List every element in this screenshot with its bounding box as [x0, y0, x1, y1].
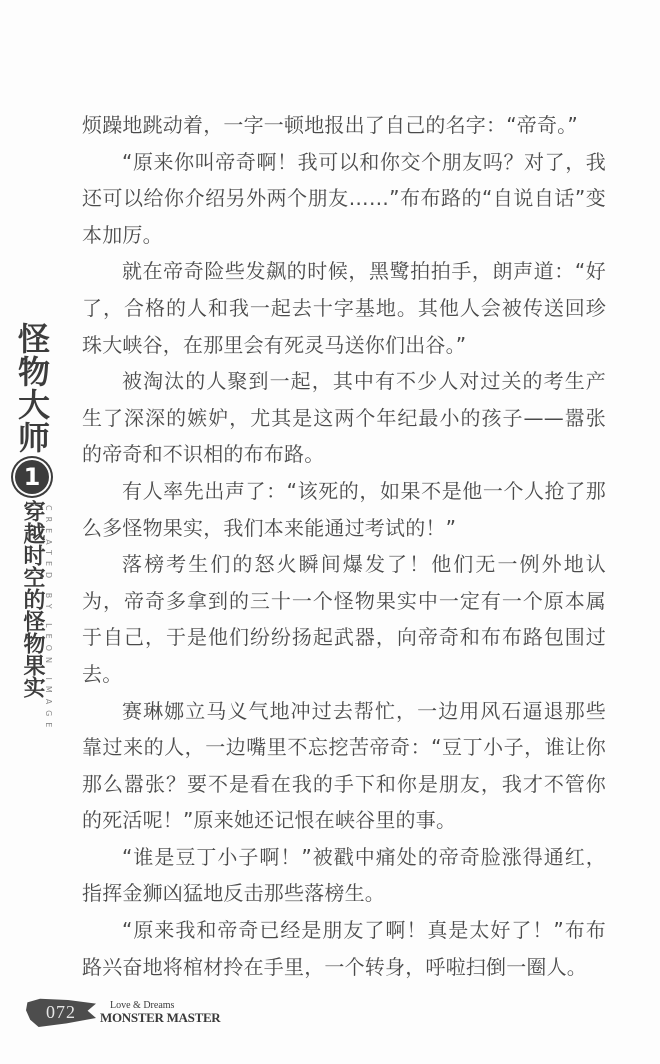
- page-number: 072: [46, 1002, 76, 1023]
- brand-tagline: Love & Dreams: [110, 1001, 220, 1011]
- brand-name: MONSTER MASTER: [100, 1011, 220, 1024]
- paragraph: “原来我和帝奇已经是朋友了啊！真是太好了！”布布路兴奋地将棺材拎在手里，一个转身…: [82, 912, 606, 985]
- brand-logo: Love & Dreams MONSTER MASTER: [100, 1001, 220, 1024]
- spine-credit: CREATED BY LEON IMAGE: [44, 505, 53, 733]
- paragraph: 烦躁地跳动着，一字一顿地报出了自己的名字：“帝奇。”: [82, 107, 606, 144]
- brush-stroke-icon: 072: [26, 997, 96, 1027]
- paragraph: 被淘汰的人聚到一起，其中有不少人对过关的考生产生了深深的嫉妒，尤其是这两个年纪最…: [82, 363, 606, 473]
- paragraph: 就在帝奇险些发飙的时候，黑鹭拍拍手，朗声道：“好了，合格的人和我一起去十字基地。…: [82, 253, 606, 363]
- volume-number-badge: 1: [15, 460, 49, 494]
- page-footer: 072 Love & Dreams MONSTER MASTER: [26, 994, 220, 1030]
- paragraph: “原来你叫帝奇啊！我可以和你交个朋友吗？对了，我还可以给你介绍另外两个朋友……”…: [82, 144, 606, 254]
- paragraph: 落榜考生们的怒火瞬间爆发了！他们无一例外地认为，帝奇多拿到的三十一个怪物果实中一…: [82, 546, 606, 692]
- book-page: 怪物大师 1 穿越时空的怪物果实 CREATED BY LEON IMAGE 烦…: [0, 0, 660, 1064]
- paragraph: “谁是豆丁小子啊！”被戳中痛处的帝奇脸涨得通红，指挥金狮凶猛地反击那些落榜生。: [82, 839, 606, 912]
- paragraph: 赛琳娜立马义气地冲过去帮忙，一边用风石逼退那些靠过来的人，一边嘴里不忘挖苦帝奇：…: [82, 693, 606, 839]
- paragraph: 有人率先出声了：“该死的，如果不是他一个人抢了那么多怪物果实，我们本来能通过考试…: [82, 473, 606, 546]
- body-text: 烦躁地跳动着，一字一顿地报出了自己的名字：“帝奇。” “原来你叫帝奇啊！我可以和…: [82, 107, 606, 985]
- series-title: 怪物大师: [14, 322, 50, 454]
- volume-subtitle: 穿越时空的怪物果实: [19, 500, 45, 698]
